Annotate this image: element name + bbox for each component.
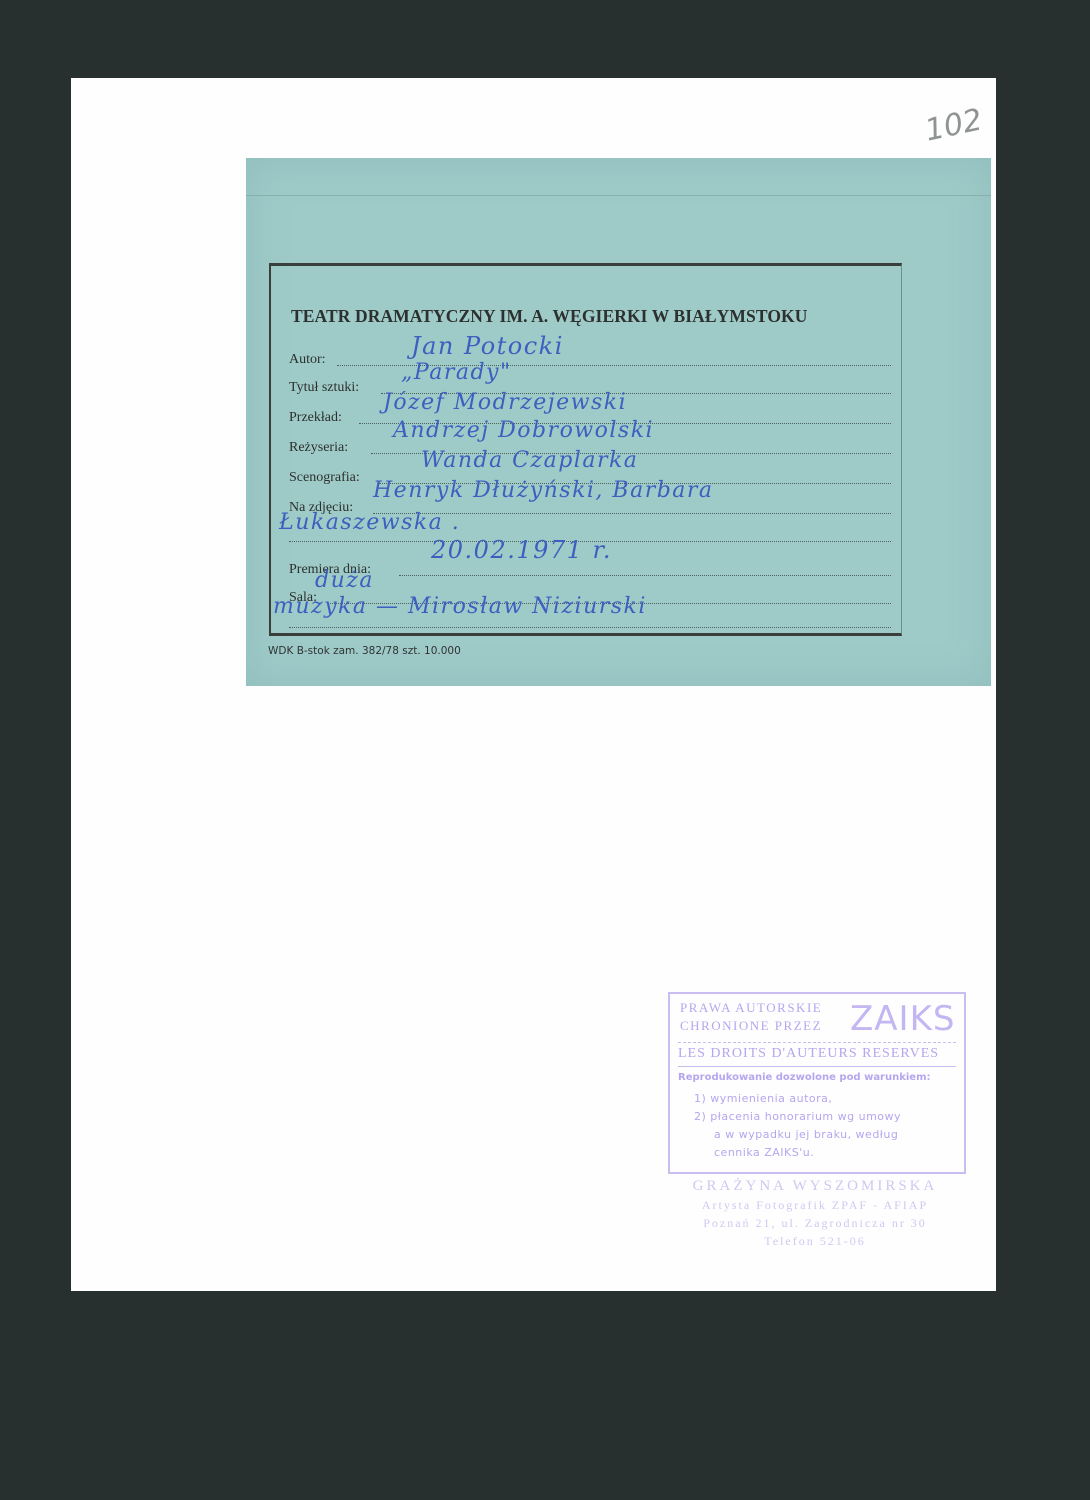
printer-imprint: WDK B-stok zam. 382/78 szt. 10.000 (268, 645, 461, 657)
stamp-condition-1: 1) wymienienia autora, (694, 1092, 832, 1105)
zaiks-copyright-stamp: PRAWA AUTORSKIE CHRONIONE PRZEZ ZAIKS LE… (668, 992, 966, 1174)
handwritten-page-number: 102 (922, 102, 985, 148)
field-label: Przekład: (289, 410, 342, 426)
dotted-line (289, 627, 891, 628)
handwritten-scenography: Wanda Czaplarka (421, 448, 638, 473)
field-author: Autor: (289, 346, 891, 368)
stamp-condition-2-cont: a w wypadku jej braku, według (714, 1128, 898, 1141)
dotted-line (399, 575, 891, 576)
theatre-photo-card: TEATR DRAMATYCZNY IM. A. WĘGIERKI W BIAŁ… (246, 158, 991, 686)
handwritten-hall: duża (315, 568, 374, 593)
field-label: Tytuł sztuki: (289, 380, 359, 396)
field-label: Autor: (289, 352, 326, 368)
handwritten-premiere-date: 20.02.1971 r. (431, 536, 612, 564)
stamp-line-1: PRAWA AUTORSKIE (680, 1000, 822, 1016)
field-label: Reżyseria: (289, 440, 348, 456)
handwritten-direction: Andrzej Dobrowolski (393, 418, 654, 443)
handwritten-author: Jan Potocki (411, 332, 564, 360)
stamp-condition-2: 2) płacenia honorarium wg umowy (694, 1110, 901, 1123)
photographer-address: Poznań 21, ul. Zagrodnicza nr 30 (668, 1216, 962, 1231)
photo-mount-page: TEATR DRAMATYCZNY IM. A. WĘGIERKI W BIAŁ… (71, 78, 996, 1291)
stamp-line-2: CHRONIONE PRZEZ (680, 1018, 822, 1034)
stamp-condition-2-cont: cennika ZAIKS'u. (714, 1146, 814, 1159)
theatre-name-heading: TEATR DRAMATYCZNY IM. A. WĘGIERKI W BIAŁ… (291, 306, 808, 327)
handwritten-in-photo: Henryk Dłużyński, Barbara (373, 478, 714, 503)
stamp-divider (678, 1066, 956, 1067)
stamp-conditions-title: Reprodukowanie dozwolone pod warunkiem: (678, 1072, 931, 1083)
photographer-phone: Telefon 521-06 (668, 1234, 962, 1249)
handwritten-translation: Józef Modrzejewski (383, 390, 627, 415)
stamp-french-line: LES DROITS D'AUTEURS RESERVES (678, 1046, 939, 1062)
photographer-stamp: GRAŻYNA WYSZOMIRSKA Artysta Fotografik Z… (668, 1178, 962, 1249)
handwritten-music: muzyka — Mirosław Niziurski (273, 594, 647, 619)
card-fold-line (246, 195, 991, 196)
stamp-divider (678, 1042, 956, 1043)
handwritten-title: „Parady" (401, 360, 512, 385)
zaiks-logo-text: ZAIKS (850, 999, 955, 1039)
handwritten-in-photo-cont: Łukaszewska . (279, 510, 460, 535)
photographer-name: GRAŻYNA WYSZOMIRSKA (668, 1178, 962, 1195)
form-frame: TEATR DRAMATYCZNY IM. A. WĘGIERKI W BIAŁ… (269, 263, 902, 636)
field-label: Scenografia: (289, 470, 360, 486)
photographer-title: Artysta Fotografik ZPAF - AFIAP (668, 1198, 962, 1213)
